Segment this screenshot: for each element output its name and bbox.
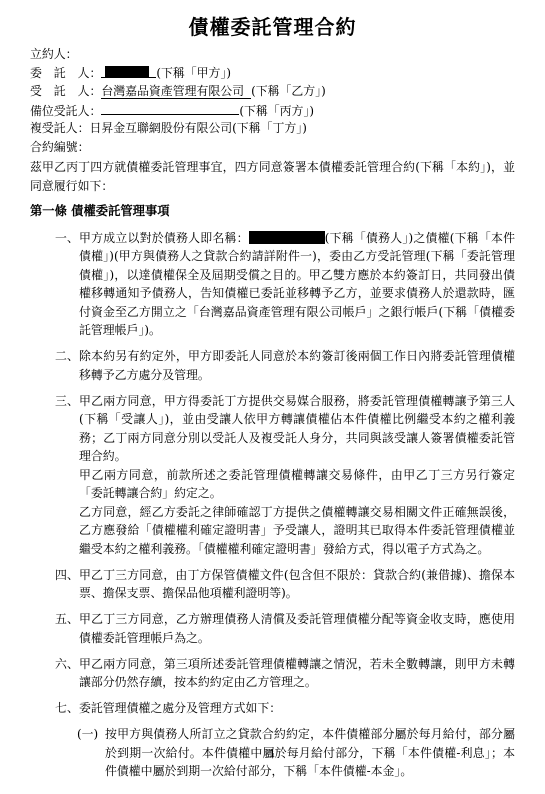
sub-clause-1-number: (一) — [77, 725, 98, 744]
clause-3: 三、 甲乙兩方同意，甲方得委託丁方提供交易媒合服務，將委託管理債權轉讓予第三人(… — [55, 392, 515, 559]
clause-3-paragraph-2: 甲乙兩方同意，前款所述之委託管理債權轉讓交易條件，由甲乙丁三方另行簽定 「委託轉… — [79, 466, 515, 503]
preamble: 茲甲乙丙丁四方就債權委託管理事宜，四方同意簽署本債權委託管理合約(下稱「本約」)… — [30, 158, 515, 195]
parties-section: 立約人： 委 託 人：(下稱「甲方」) 受 託 人：台灣嘉品資產管理有限公司(下… — [30, 45, 515, 156]
clause-7-number: 七、 — [55, 699, 79, 718]
contract-page: 債權委託管理合約 立約人： 委 託 人：(下稱「甲方」) 受 託 人：台灣嘉品資… — [0, 0, 545, 794]
page-number: 1 — [0, 747, 545, 761]
clause-3-paragraph-1: 甲乙兩方同意，甲方得委託丁方提供交易媒合服務，將委託管理債權轉讓予第三人(下稱「… — [79, 392, 515, 466]
backup-trustee-alias: (下稱「丙方」) — [239, 104, 314, 118]
clause-1-text-before: 甲方成立以對於債務人即名稱： — [79, 231, 249, 245]
clause-5-text: 甲乙丁三方同意，乙方辦理債務人清償及委託管理債權分配等資金收支時，應使用債權委託… — [79, 612, 515, 645]
sub-trustee-label: 複受託人： — [30, 121, 89, 135]
document-title: 債權委託管理合約 — [30, 14, 515, 40]
clause-2: 二、 除本約另有約定外，甲方即委託人同意於本約簽訂後兩個工作日內將委託管理債權移… — [55, 347, 515, 384]
redaction-box — [249, 231, 325, 244]
clause-6-text: 甲乙兩方同意，第三項所述委託管理債權轉讓之情況，若未全數轉讓，則甲方未轉讓部分仍… — [79, 657, 515, 690]
clause-4-number: 四、 — [55, 566, 79, 585]
party-row-trustee: 受 託 人：台灣嘉品資產管理有限公司(下稱「乙方」) — [30, 82, 515, 101]
clause-6: 六、 甲乙兩方同意，第三項所述委託管理債權轉讓之情況，若未全數轉讓，則甲方未轉讓… — [55, 655, 515, 692]
entrustor-alias: (下稱「甲方」) — [156, 66, 231, 80]
backup-trustee-fill-in-blank — [101, 101, 239, 115]
clause-4-text: 甲乙丁三方同意，由丁方保管債權文件(包含但不限於：貸款合約(兼借據)、擔保本票、… — [79, 568, 515, 601]
entrustor-label: 委 託 人： — [30, 66, 101, 80]
sub-trustee-alias: (下稱「丁方」) — [232, 121, 307, 135]
backup-trustee-label: 備位受託人： — [30, 104, 101, 118]
clause-6-number: 六、 — [55, 655, 79, 674]
trustee-name: 台灣嘉品資產管理有限公司 — [101, 84, 251, 99]
clause-7: 七、 委託管理債權之處分及管理方式如下： — [55, 699, 515, 718]
sub-trustee-name: 日昇金互聯網股份有限公司 — [89, 121, 232, 135]
entrustor-fill-in-blank — [101, 64, 156, 78]
clause-3-number: 三、 — [55, 392, 79, 411]
article1-heading: 第一條 債權委託管理事項 — [30, 202, 515, 221]
redaction-box — [105, 66, 149, 77]
parties-heading: 立約人： — [30, 45, 515, 64]
clause-2-number: 二、 — [55, 347, 79, 366]
clause-2-text: 除本約另有約定外，甲方即委託人同意於本約簽訂後兩個工作日內將委託管理債權移轉予乙… — [79, 349, 515, 382]
clause-5-number: 五、 — [55, 610, 79, 629]
party-row-backup-trustee: 備位受託人：(下稱「丙方」) — [30, 101, 515, 120]
clause-4: 四、 甲乙丁三方同意，由丁方保管債權文件(包含但不限於：貸款合約(兼借據)、擔保… — [55, 566, 515, 603]
clause-1-text-after: (下稱「債務人」)之債權(下稱「本件債權」)(甲方與債務人之貸款合約請詳附件一)… — [79, 231, 515, 338]
party-row-entrustor: 委 託 人：(下稱「甲方」) — [30, 64, 515, 83]
trustee-alias: (下稱「乙方」) — [251, 84, 326, 98]
clause-1-number: 一、 — [55, 229, 79, 248]
clause-1: 一、 甲方成立以對於債務人即名稱：(下稱「債務人」)之債權(下稱「本件債權」)(… — [55, 229, 515, 340]
clause-3-paragraph-3: 乙方同意，經乙方委託之律師確認丁方提供之債權轉讓交易相關文件正確無誤後，乙方應發… — [79, 503, 515, 559]
clause-5: 五、 甲乙丁三方同意，乙方辦理債務人清償及委託管理債權分配等資金收支時，應使用債… — [55, 610, 515, 647]
parties-heading-label: 立約人： — [30, 47, 78, 61]
trustee-label: 受 託 人： — [30, 84, 101, 98]
party-row-sub-trustee: 複受託人：日昇金互聯網股份有限公司(下稱「丁方」) — [30, 119, 515, 138]
contract-number-label: 合約編號： — [30, 140, 89, 154]
clause-7-text: 委託管理債權之處分及管理方式如下： — [79, 701, 281, 715]
contract-number-row: 合約編號： — [30, 138, 515, 157]
